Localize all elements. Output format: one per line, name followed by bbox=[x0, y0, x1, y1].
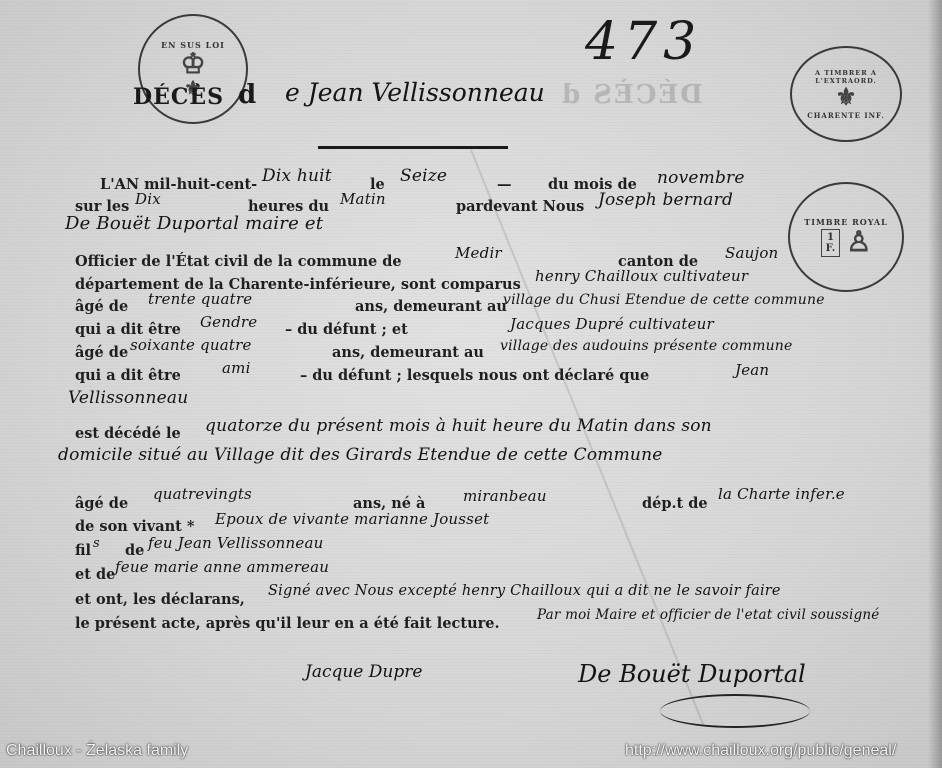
printed-text: fil bbox=[75, 542, 91, 559]
document-scan: DÉCÈS d EN SUS LOI ♔ ⚜ DÉCÈS d e Jean Ve… bbox=[0, 0, 942, 768]
handwritten-suffix: s bbox=[93, 536, 100, 551]
signature-paraph-flourish bbox=[660, 694, 810, 728]
handwritten-year: Dix huit bbox=[262, 166, 332, 186]
stamp-timbrer-extraordinaire: A TIMBRER A L'EXTRAORD. ⚜ CHARENTE INF. bbox=[790, 46, 902, 142]
handwritten-death-date: quatorze du présent mois à huit heure du… bbox=[205, 416, 712, 436]
printed-text: de son vivant * bbox=[75, 518, 194, 535]
handwritten-spouse: Epoux de vivante marianne Jousset bbox=[215, 510, 489, 528]
printed-text: pardevant Nous bbox=[456, 198, 584, 215]
handwritten-canton: Saujon bbox=[725, 244, 778, 262]
printed-text: le présent acte, après qu'il leur en a é… bbox=[75, 615, 500, 632]
printed-text: et ont, les déclarans, bbox=[75, 591, 245, 608]
printed-text: de bbox=[125, 542, 144, 559]
handwritten-month: novembre bbox=[657, 168, 745, 188]
printed-text: – du défunt ; lesquels nous ont déclaré … bbox=[300, 367, 649, 384]
printed-text: Officier de l'État civil de la commune d… bbox=[75, 253, 402, 270]
printed-text: département de la Charente-inférieure, s… bbox=[75, 276, 521, 293]
stamp-sub-text: CHARENTE INF. bbox=[807, 111, 885, 120]
handwritten-deceased-firstname: Jean bbox=[735, 361, 769, 379]
signature-witness: Jacque Dupre bbox=[305, 662, 422, 682]
handwritten-departement: la Charte infer.e bbox=[718, 485, 845, 503]
handwritten-death-place: domicile situé au Village dit des Girard… bbox=[58, 445, 662, 465]
handwritten-age-2: soixante quatre bbox=[130, 336, 252, 354]
stamp-value-box: 1 F. bbox=[821, 229, 841, 257]
printed-text: L'AN mil-huit-cent- bbox=[100, 176, 257, 193]
handwritten-declarant-2: Jacques Dupré cultivateur bbox=[510, 315, 714, 333]
seated-figure-icon: ♙ bbox=[846, 228, 871, 256]
footer-website-url: http://www.chailloux.org/public/geneal/ bbox=[625, 742, 896, 760]
handwritten-time-of-day: Matin bbox=[340, 190, 386, 208]
printed-text: — bbox=[497, 176, 512, 193]
handwritten-mother: feue marie anne ammereau bbox=[115, 558, 329, 576]
handwritten-signing-note: Signé avec Nous excepté henry Chailloux … bbox=[268, 583, 781, 599]
printed-text: est décédé le bbox=[75, 425, 181, 442]
printed-text: – du défunt ; et bbox=[285, 321, 408, 338]
handwritten-age-deceased: quatrevingts bbox=[153, 485, 252, 503]
bleed-through-text: DÉCÈS d bbox=[560, 80, 703, 110]
handwritten-commune: Medir bbox=[455, 244, 502, 262]
page-edge-shadow bbox=[928, 0, 942, 768]
handwritten-father: feu Jean Vellissonneau bbox=[148, 534, 323, 552]
printed-text: âgé de bbox=[75, 495, 128, 512]
printed-text: ans, demeurant au bbox=[355, 298, 507, 315]
handwritten-residence-1: village du Chusi Etendue de cette commun… bbox=[503, 292, 825, 308]
printed-text: dép.t de bbox=[642, 495, 708, 512]
handwritten-day: Seize bbox=[400, 166, 447, 186]
handwritten-officer-name: Joseph bernard bbox=[598, 190, 733, 210]
act-number: 473 bbox=[585, 12, 702, 72]
handwritten-officer-surname: De Bouët Duportal maire et bbox=[65, 213, 323, 234]
handwritten-closing-note: Par moi Maire et officier de l'etat civi… bbox=[537, 607, 880, 623]
crown-fleur-de-lis-icon: ♔ bbox=[180, 50, 205, 78]
title-rule bbox=[318, 146, 508, 149]
shield-fleur-de-lis-icon: ⚜ bbox=[835, 85, 857, 109]
title-deces: DÉCÈS bbox=[133, 84, 224, 110]
handwritten-birthplace: miranbeau bbox=[463, 487, 547, 505]
title-de: d bbox=[238, 80, 256, 110]
footer-family-label: Chailloux - Żelaska family bbox=[6, 742, 188, 760]
paper-fold-line bbox=[470, 149, 704, 725]
handwritten-relation-2: ami bbox=[222, 359, 251, 377]
handwritten-declarant-1: henry Chailloux cultivateur bbox=[535, 267, 748, 285]
stamp-timbre-royal: TIMBRE ROYAL 1 F. ♙ bbox=[788, 182, 904, 292]
handwritten-relation-1: Gendre bbox=[200, 313, 257, 331]
printed-text: ans, demeurant au bbox=[332, 344, 484, 361]
signature-mayor: De Bouët Duportal bbox=[578, 660, 806, 688]
handwritten-hour: Dix bbox=[135, 190, 161, 208]
handwritten-residence-2: village des audouins présente commune bbox=[500, 338, 793, 354]
printed-text: âgé de bbox=[75, 344, 128, 361]
printed-text: et de bbox=[75, 566, 115, 583]
handwritten-deceased-surname: Vellissonneau bbox=[68, 388, 188, 408]
printed-text: qui a dit être bbox=[75, 367, 181, 384]
printed-text: âgé de bbox=[75, 298, 128, 315]
title-deceased-name: e Jean Vellissonneau bbox=[285, 78, 545, 107]
handwritten-age-1: trente quatre bbox=[148, 290, 252, 308]
